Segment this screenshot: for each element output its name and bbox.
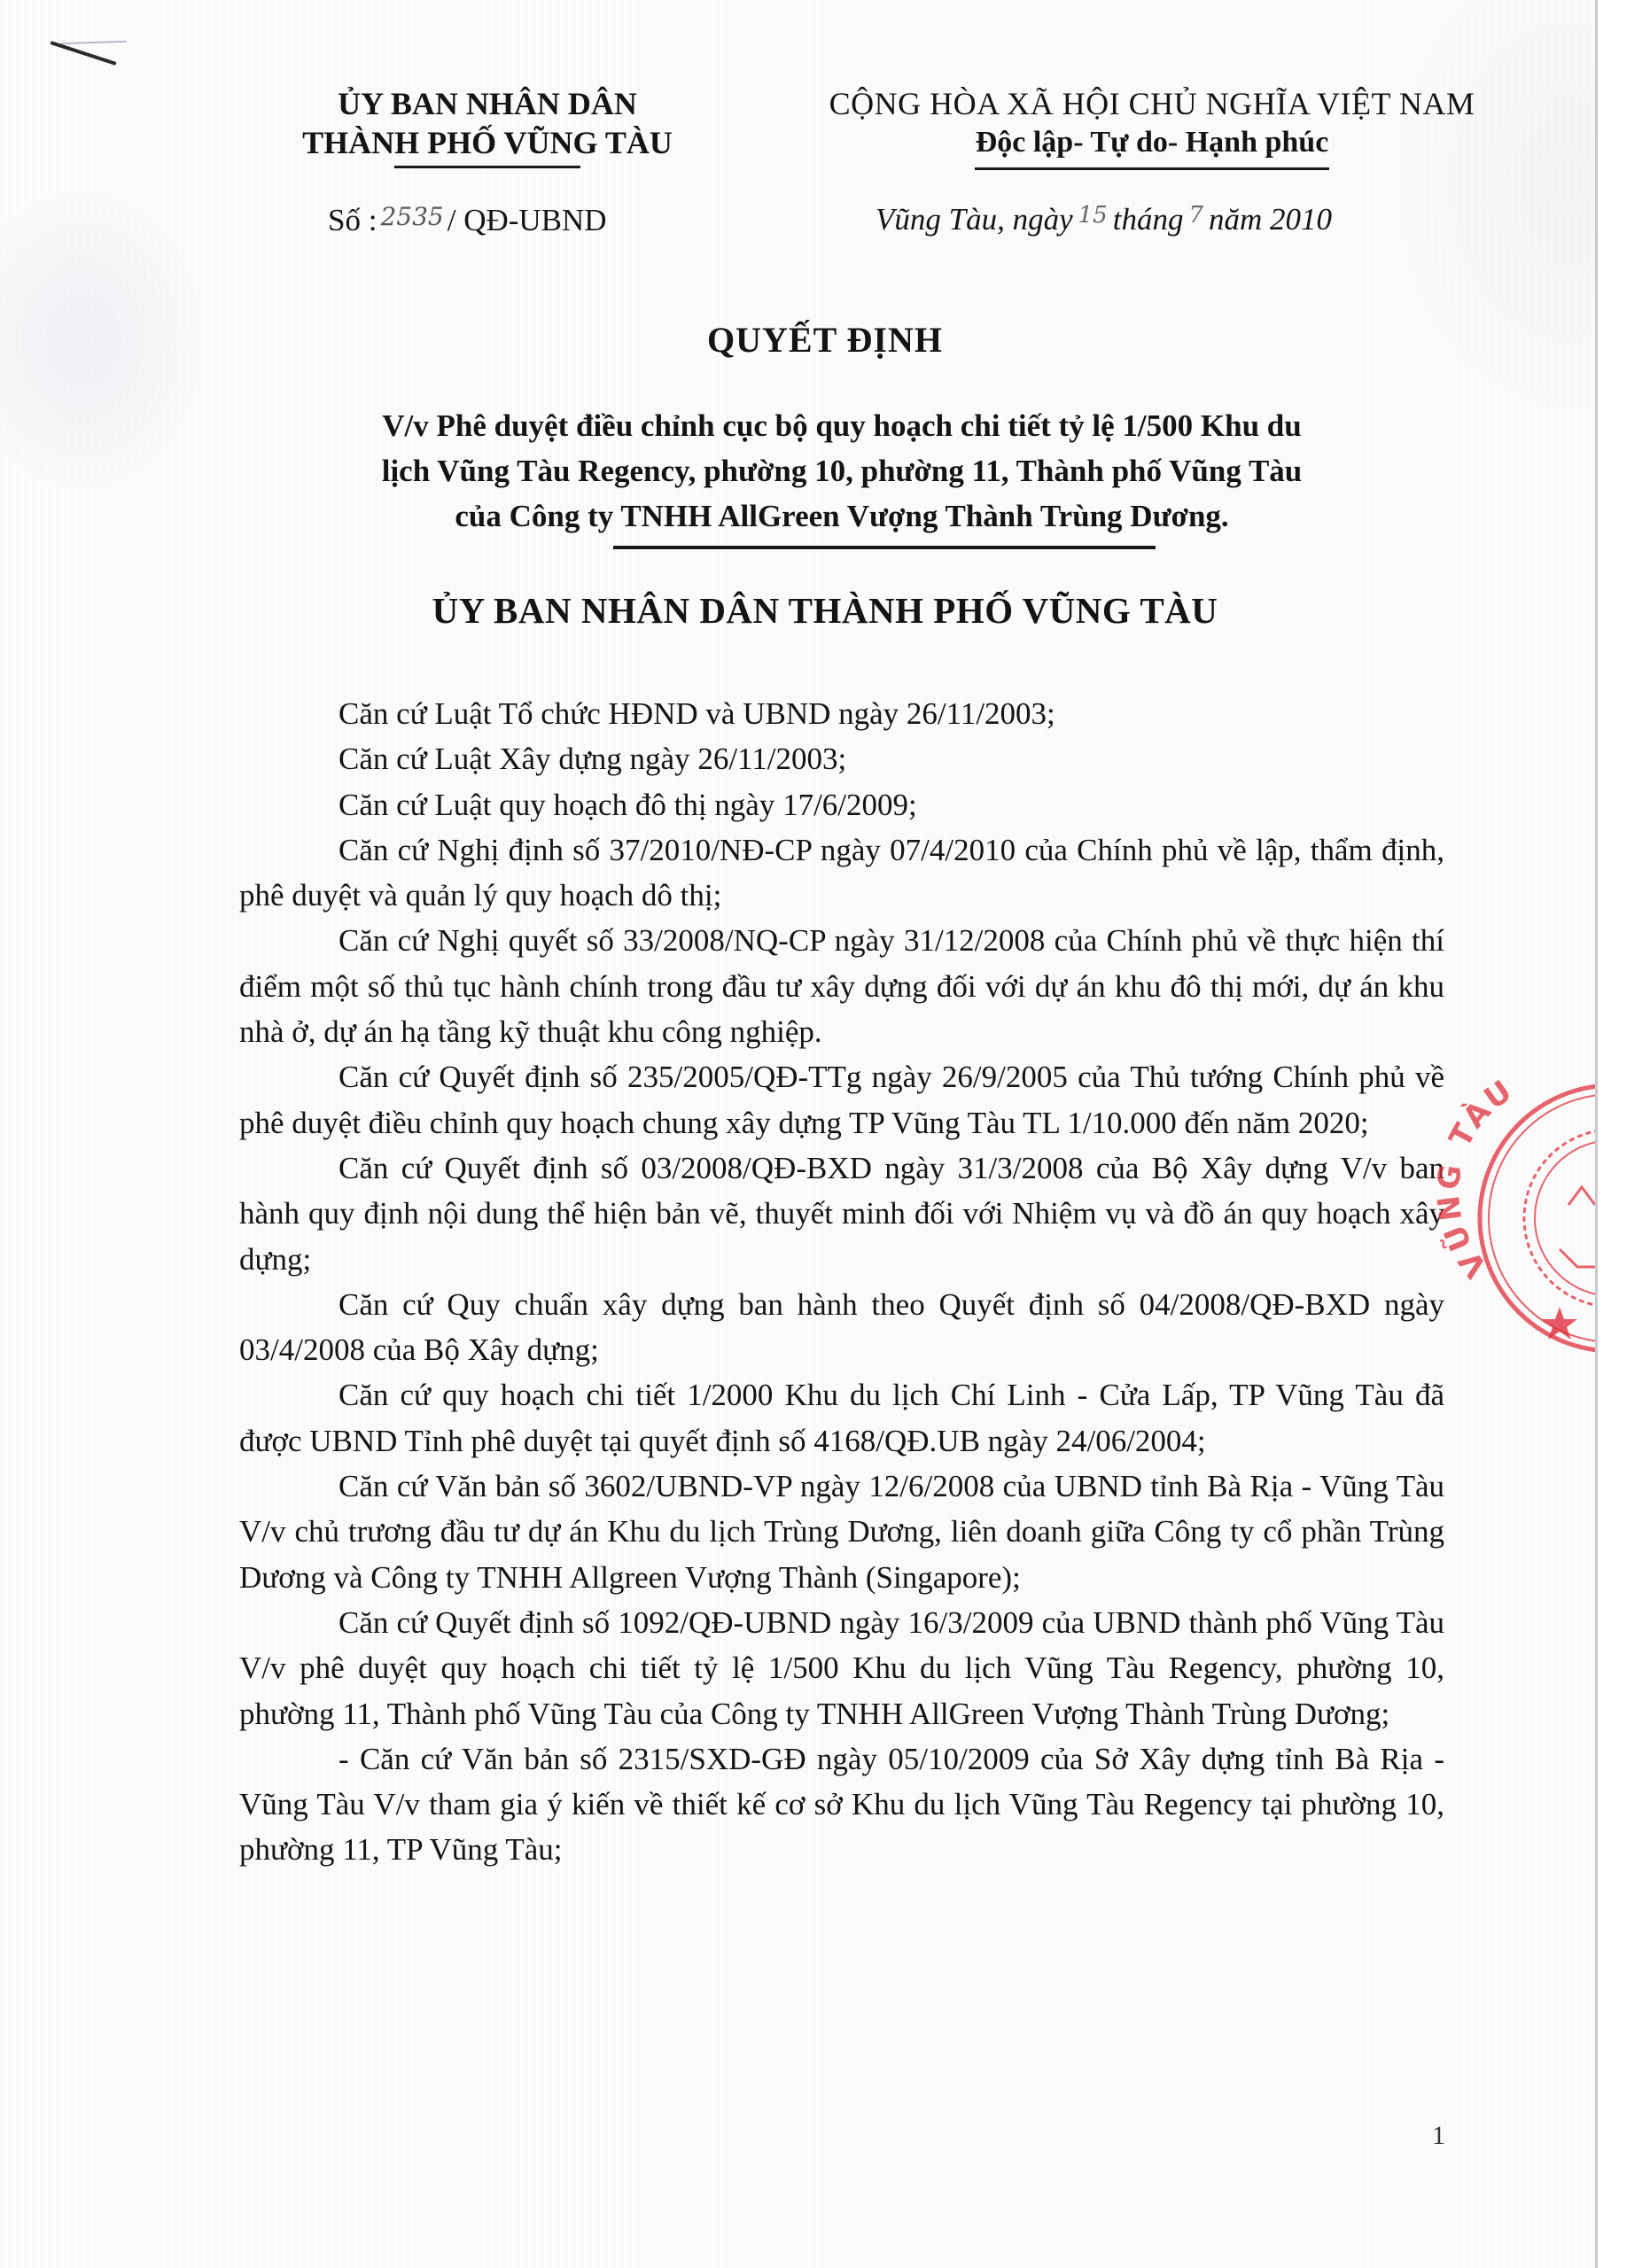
org-line-1: ỦY BAN NHÂN DÂN: [266, 84, 709, 123]
legal-basis-paragraph: Căn cứ Quyết định số 235/2005/QĐ-TTg ngà…: [239, 1054, 1444, 1146]
document-subject: V/v Phê duyệt điều chỉnh cục bộ quy hoạc…: [266, 403, 1418, 539]
legal-basis-paragraph: Căn cứ Luật quy hoạch đô thị ngày 17/6/2…: [239, 782, 1444, 827]
legal-basis-paragraph: Căn cứ Văn bản số 3602/UBND-VP ngày 12/6…: [239, 1464, 1444, 1600]
scan-margin: [1598, 0, 1650, 2268]
subject-line: của Công ty TNHH AllGreen Vượng Thành Tr…: [266, 493, 1418, 539]
nation-title: CỘNG HÒA XÃ HỘI CHỦ NGHĨA VIỆT NAM: [762, 84, 1542, 123]
month-label: tháng: [1113, 202, 1184, 237]
place-date: Vũng Tàu, ngày15tháng7năm 2010: [876, 202, 1332, 237]
subject-line: V/v Phê duyệt điều chỉnh cục bộ quy hoạc…: [266, 403, 1418, 448]
day-handwritten: 15: [1078, 202, 1108, 229]
national-header: CỘNG HÒA XÃ HỘI CHỦ NGHĨA VIỆT NAM Độc l…: [762, 84, 1542, 170]
document-title: QUYẾT ĐỊNH: [0, 319, 1650, 361]
month-handwritten: 7: [1188, 202, 1203, 229]
page-number: 1: [1432, 2121, 1445, 2151]
legal-basis-paragraph: Căn cứ Quy chuẩn xây dựng ban hành theo …: [239, 1282, 1444, 1373]
legal-basis-paragraph: Căn cứ quy hoạch chi tiết 1/2000 Khu du …: [239, 1372, 1444, 1464]
nation-motto: Độc lập- Tự do- Hạnh phúc: [762, 123, 1542, 162]
legal-basis-paragraph: - Căn cứ Văn bản số 2315/SXD-GĐ ngày 05/…: [239, 1736, 1444, 1873]
pen-mark: [50, 41, 116, 66]
document-body: Căn cứ Luật Tổ chức HĐND và UBND ngày 26…: [239, 691, 1444, 1873]
place-date-prefix: Vũng Tàu, ngày: [876, 202, 1073, 237]
subject-line: lịch Vũng Tàu Regency, phường 10, phường…: [266, 448, 1418, 493]
legal-basis-paragraph: Căn cứ Luật Tổ chức HĐND và UBND ngày 26…: [239, 691, 1444, 736]
legal-basis-paragraph: Căn cứ Nghị định số 37/2010/NĐ-CP ngày 0…: [239, 827, 1444, 919]
year-label: năm 2010: [1209, 202, 1332, 237]
subject-divider: [613, 546, 1156, 549]
issuing-organization: ỦY BAN NHÂN DÂN THÀNH PHỐ VŨNG TÀU: [266, 84, 709, 168]
motto-underline: [975, 167, 1329, 170]
number-suffix: / QĐ-UBND: [448, 203, 607, 237]
document-number: Số :2535/ QĐ-UBND: [328, 202, 607, 238]
number-prefix: Số :: [328, 203, 377, 237]
legal-basis-paragraph: Căn cứ Quyết định số 03/2008/QĐ-BXD ngày…: [239, 1146, 1444, 1282]
org-underline: [394, 166, 580, 168]
pen-mark-faint: [60, 41, 127, 45]
org-line-2: THÀNH PHỐ VŨNG TÀU: [266, 123, 709, 162]
legal-basis-paragraph: Căn cứ Nghị quyết số 33/2008/NQ-CP ngày …: [239, 918, 1444, 1054]
number-handwritten: 2535: [380, 202, 443, 231]
legal-basis-paragraph: Căn cứ Quyết định số 1092/QĐ-UBND ngày 1…: [239, 1600, 1444, 1736]
legal-basis-paragraph: Căn cứ Luật Xây dựng ngày 26/11/2003;: [239, 736, 1444, 781]
issuer-heading: ỦY BAN NHÂN DÂN THÀNH PHỐ VŨNG TÀU: [0, 589, 1650, 632]
